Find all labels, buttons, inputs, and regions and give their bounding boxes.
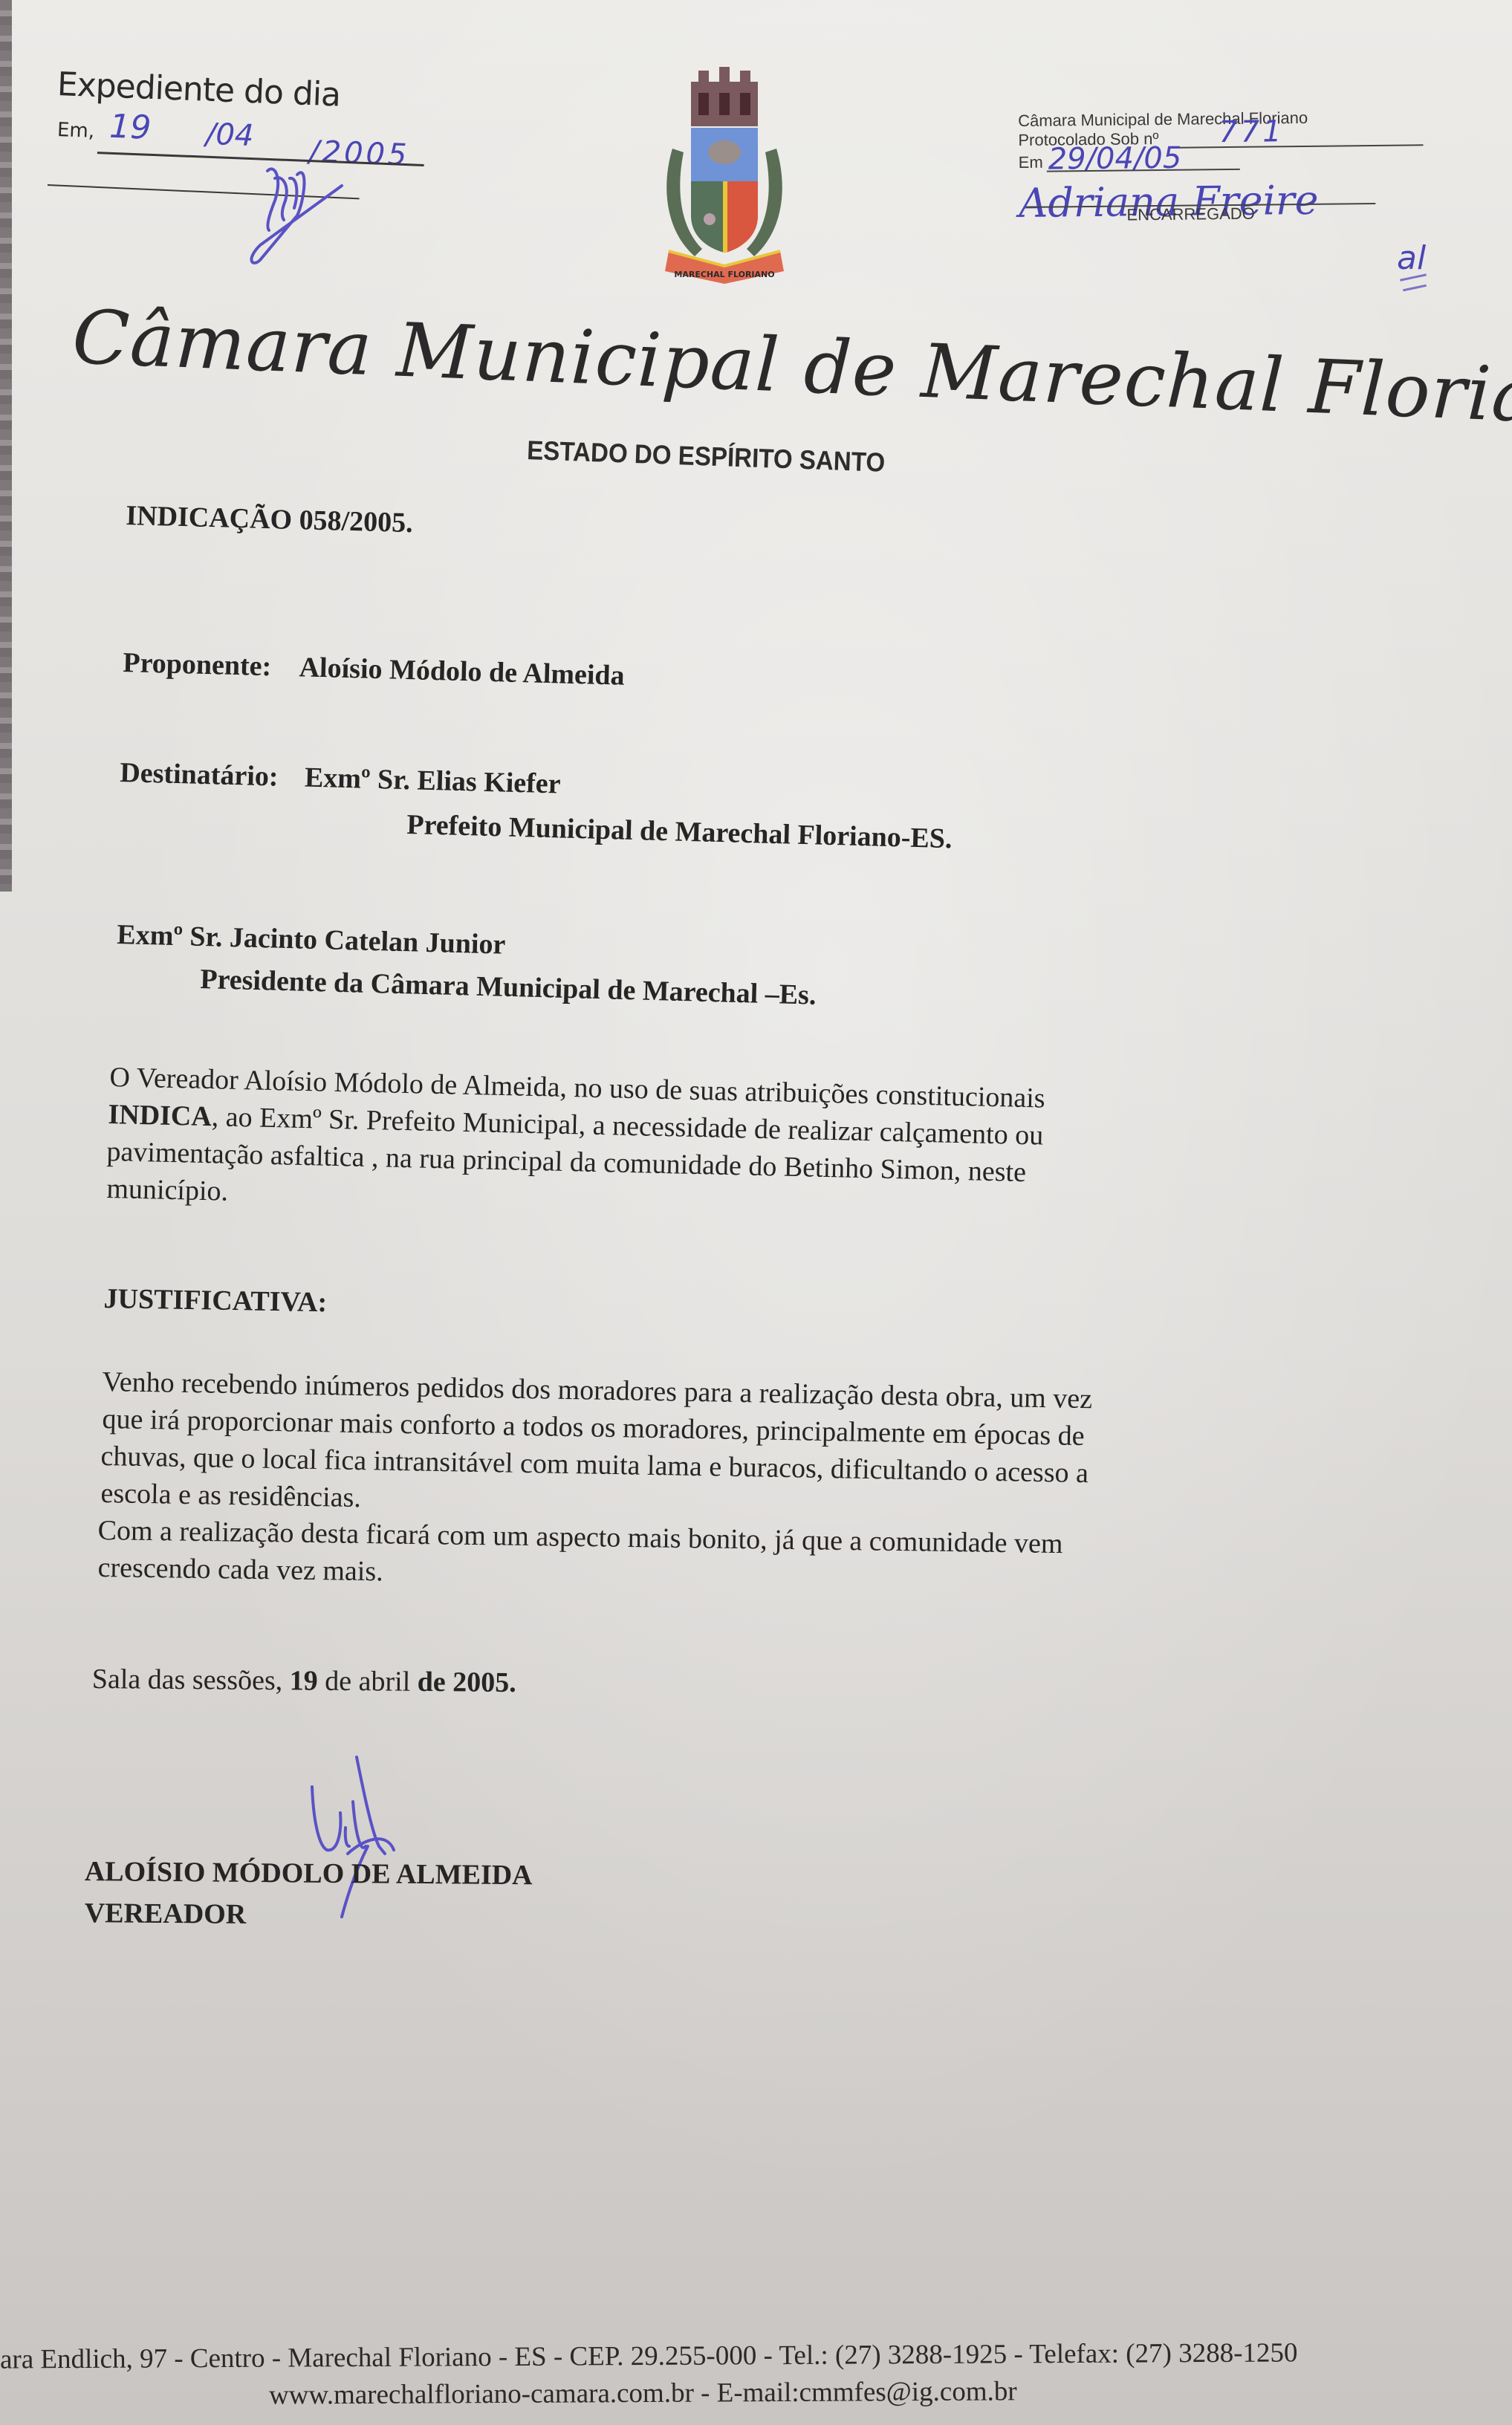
expediente-date-field: Em, 19 /04 /2005 xyxy=(58,111,429,126)
justification-line-4: escola e as residências. xyxy=(100,1477,361,1514)
footer-address: ara Endlich, 97 - Centro - Marechal Flor… xyxy=(0,2337,1298,2375)
recipient-line: Destinatário: Exmº Sr. Elias Kiefer xyxy=(120,756,561,801)
protocol-role-label: ENCARREGADO xyxy=(1126,204,1255,225)
closing-year: 2005. xyxy=(452,1666,516,1698)
recipient-title: Prefeito Municipal de Marechal Floriano-… xyxy=(406,808,953,855)
binding-edge xyxy=(0,0,12,892)
cc-title: Presidente da Câmara Municipal de Marech… xyxy=(200,963,817,1012)
letterhead-title: Câmara Municipal de Marechal Floriano xyxy=(71,293,1512,443)
municipal-crest-icon: MARECHAL FLORIANO xyxy=(658,67,791,290)
handwritten-initials: al xyxy=(1397,239,1426,277)
letterhead-state: ESTADO DO ESPÍRITO SANTO xyxy=(527,435,886,478)
closing-month: de abril xyxy=(318,1666,418,1698)
protocol-date-row: Em 29/04/05 xyxy=(1019,149,1435,172)
expediente-month-value: 04 xyxy=(215,117,255,153)
signer-role: VEREADOR xyxy=(85,1897,247,1931)
protocol-stamp: Câmara Municipal de Marechal Floriano Pr… xyxy=(1018,107,1435,172)
recipient-label: Destinatário: xyxy=(120,757,279,793)
initials-underline-2 xyxy=(1403,285,1427,292)
proponent-line: Proponente: Aloísio Módolo de Almeida xyxy=(123,646,625,692)
protocol-number-value: 771 xyxy=(1219,114,1285,149)
closing-de: de xyxy=(418,1666,453,1698)
expediente-day: 19 xyxy=(108,108,152,147)
recipient-name: Exmº Sr. Elias Kiefer xyxy=(304,762,561,800)
closing-day: 19 xyxy=(290,1665,318,1696)
footer-web-email: www.marechalfloriano-camara.com.br - E-m… xyxy=(269,2375,1017,2411)
proponent-name: Aloísio Módolo de Almeida xyxy=(299,652,625,691)
justification-heading: JUSTIFICATIVA: xyxy=(103,1282,327,1319)
closing-line: Sala das sessões, 19 de abril de 2005. xyxy=(92,1663,516,1699)
expediente-month: /04 xyxy=(205,117,254,153)
vereador-signature-icon xyxy=(297,1742,468,1928)
protocol-date-label: Em xyxy=(1019,153,1043,172)
expediente-stamp-title: Expediente do dia xyxy=(56,65,341,114)
closing-prefix: Sala das sessões, xyxy=(92,1663,290,1696)
body-line-4: município. xyxy=(106,1172,229,1208)
proponent-label: Proponente: xyxy=(123,647,272,682)
svg-text:MARECHAL FLORIANO: MARECHAL FLORIANO xyxy=(674,270,774,279)
expediente-signature-icon xyxy=(223,156,357,267)
expediente-em-label: Em, xyxy=(56,119,94,143)
justification-line-6: crescendo cada vez mais. xyxy=(97,1551,383,1588)
signer-name: ALOÍSIO MÓDOLO DE ALMEIDA xyxy=(85,1855,533,1892)
document-number: INDICAÇÃO 058/2005. xyxy=(126,499,413,539)
cc-name: Exmº Sr. Jacinto Catelan Junior xyxy=(117,918,506,961)
body-bold-indica: INDICA xyxy=(108,1099,212,1132)
protocol-number-underline xyxy=(1171,144,1424,149)
